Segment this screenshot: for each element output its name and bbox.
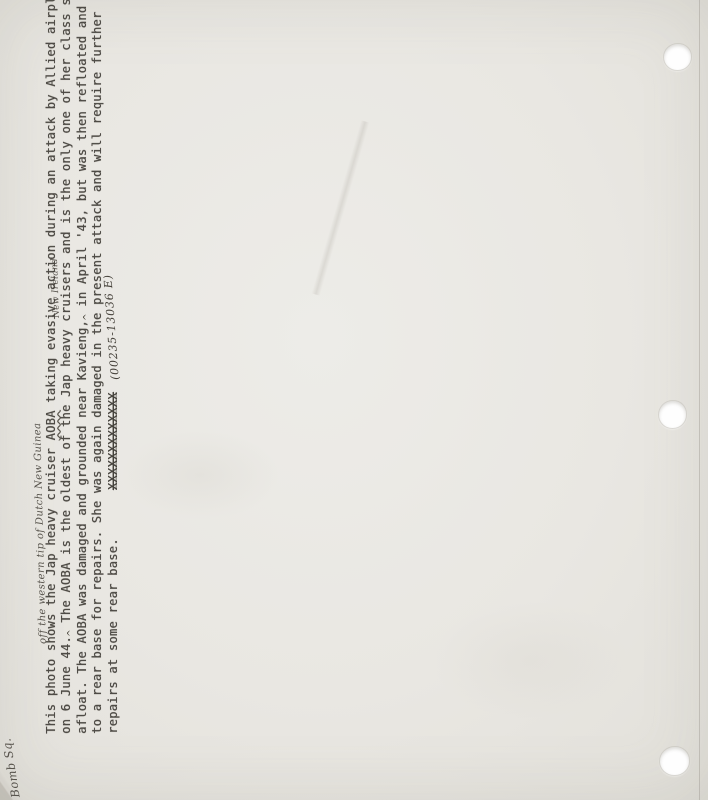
typed-text: repairs at some rear base. xyxy=(106,538,120,734)
typed-text: afloat. The AOBA was damaged and grounde… xyxy=(75,320,89,734)
punch-hole-middle xyxy=(659,401,686,428)
paper-crease xyxy=(311,120,369,296)
paper-stain xyxy=(430,600,630,720)
punch-hole-bottom xyxy=(660,747,689,775)
typed-text: in April '43, but was then refloated and… xyxy=(75,0,89,314)
punch-hole-top xyxy=(664,44,691,70)
caption-line-1: This photo shows the Jap heavy cruiser A… xyxy=(28,6,44,794)
struck-out-text: XXXXXXXXXXXXX xyxy=(106,392,122,490)
typed-text: to a rear base for repairs. She was agai… xyxy=(90,11,104,733)
scanned-document-page: Bomb Sq. off the western tip of Dutch Ne… xyxy=(0,0,708,800)
insertion-caret: ^ xyxy=(67,629,77,637)
caption-text-block: Bomb Sq. off the western tip of Dutch Ne… xyxy=(28,6,110,794)
paper-right-edge xyxy=(699,0,708,800)
typed-text: taking evasive action during an attack b… xyxy=(44,0,58,410)
caption-text-rotated: Bomb Sq. off the western tip of Dutch Ne… xyxy=(28,6,110,794)
paper-stain xyxy=(120,430,280,520)
insertion-caret: ^ xyxy=(83,313,93,321)
handwritten-insertion-new-ireland: New Ireland xyxy=(50,258,62,318)
ship-name-underlined: AOBA xyxy=(44,410,58,440)
typed-text: on 6 June 44. xyxy=(59,636,73,734)
